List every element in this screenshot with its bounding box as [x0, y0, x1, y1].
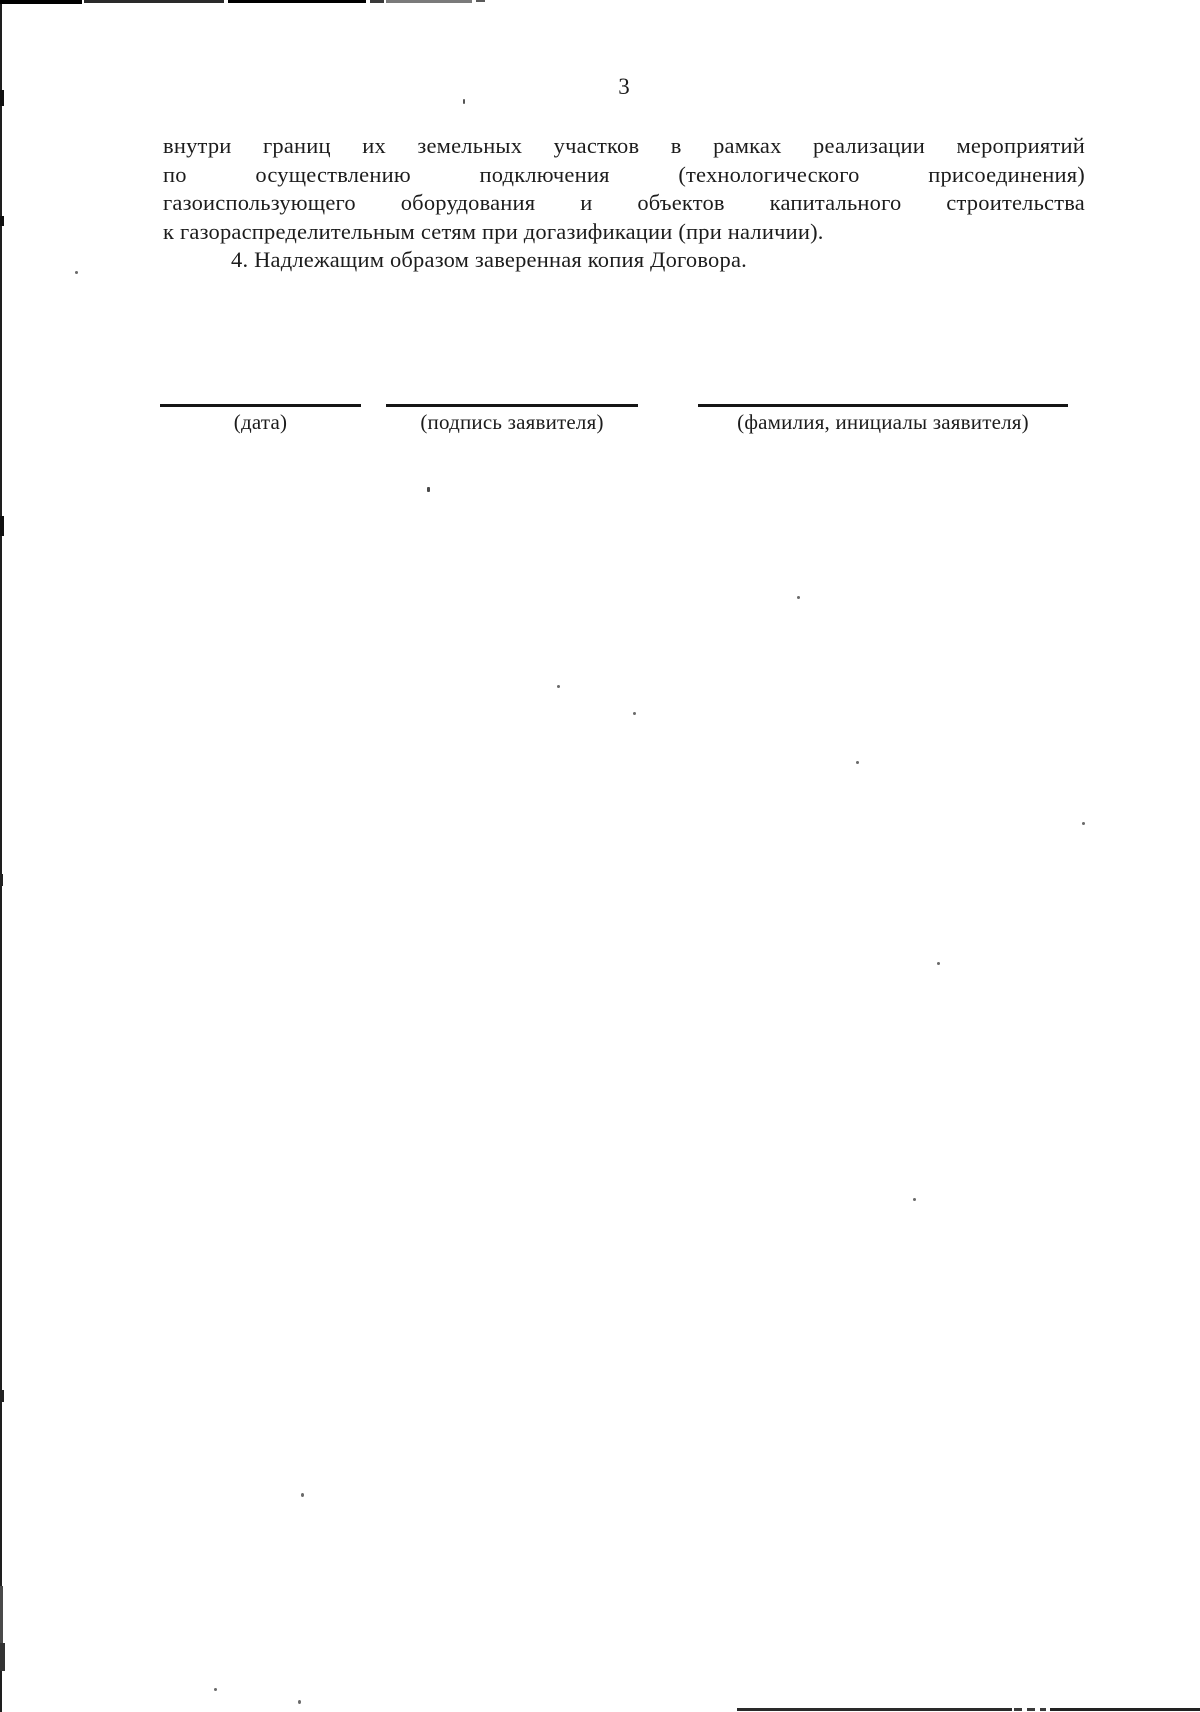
noise-speck	[633, 712, 636, 715]
paragraph-line-4: к газораспределительным сетям при догази…	[163, 218, 1085, 247]
scan-artifact-top-edge	[228, 0, 366, 3]
noise-speck	[214, 1688, 217, 1691]
noise-speck	[75, 271, 78, 274]
applicant-signature-label: (подпись заявителя)	[386, 407, 638, 435]
date-label: (дата)	[160, 407, 361, 435]
paragraph-line-1: внутри границ их земельных участков в ра…	[163, 132, 1085, 161]
scan-artifact-bottom-line	[737, 1708, 1012, 1711]
scan-artifact-bottom-dash	[1027, 1708, 1035, 1711]
scan-artifact-left-blob	[0, 874, 3, 886]
noise-speck	[797, 596, 800, 599]
noise-speck	[856, 761, 859, 764]
scan-artifact-left-blob	[0, 516, 4, 536]
page-number: 3	[163, 74, 1085, 100]
noise-speck	[427, 487, 430, 492]
noise-speck	[298, 1700, 301, 1704]
applicant-signature-field: (подпись заявителя)	[386, 404, 638, 435]
noise-speck	[463, 99, 465, 104]
noise-speck	[937, 962, 940, 965]
body-paragraph: внутри границ их земельных участков в ра…	[163, 132, 1085, 275]
noise-speck	[913, 1198, 916, 1201]
list-item-4: 4. Надлежащим образом заверенная копия Д…	[163, 246, 1085, 275]
scan-artifact-left-blob	[0, 1643, 5, 1671]
applicant-name-field: (фамилия, инициалы заявителя)	[698, 404, 1068, 435]
scan-artifact-top-edge	[476, 0, 485, 2]
scan-artifact-top-edge	[370, 0, 384, 3]
scan-artifact-bottom-line	[1050, 1708, 1200, 1711]
paragraph-line-3: газоиспользующего оборудования и объекто…	[163, 189, 1085, 218]
noise-speck	[1082, 822, 1085, 825]
paragraph-line-2: по осуществлению подключения (технологич…	[163, 161, 1085, 190]
noise-speck	[301, 1493, 304, 1497]
scan-artifact-bottom-dash	[1040, 1708, 1046, 1711]
scan-artifact-top-edge	[84, 0, 224, 3]
scan-artifact-left-blob	[0, 216, 4, 226]
scan-artifact-left-blob	[0, 1390, 4, 1402]
scan-artifact-bottom-dash	[1014, 1708, 1022, 1711]
date-field: (дата)	[160, 404, 361, 435]
scan-artifact-left-edge-line	[0, 0, 2, 1712]
applicant-name-label: (фамилия, инициалы заявителя)	[698, 407, 1068, 435]
noise-speck	[557, 685, 560, 688]
scan-artifact-top-edge	[386, 0, 472, 3]
scan-artifact-left-blob	[0, 1586, 3, 1646]
scan-artifact-top-edge	[0, 0, 82, 4]
scan-artifact-left-blob	[0, 90, 4, 106]
scanned-document-page: 3 внутри границ их земельных участков в …	[0, 0, 1200, 1712]
